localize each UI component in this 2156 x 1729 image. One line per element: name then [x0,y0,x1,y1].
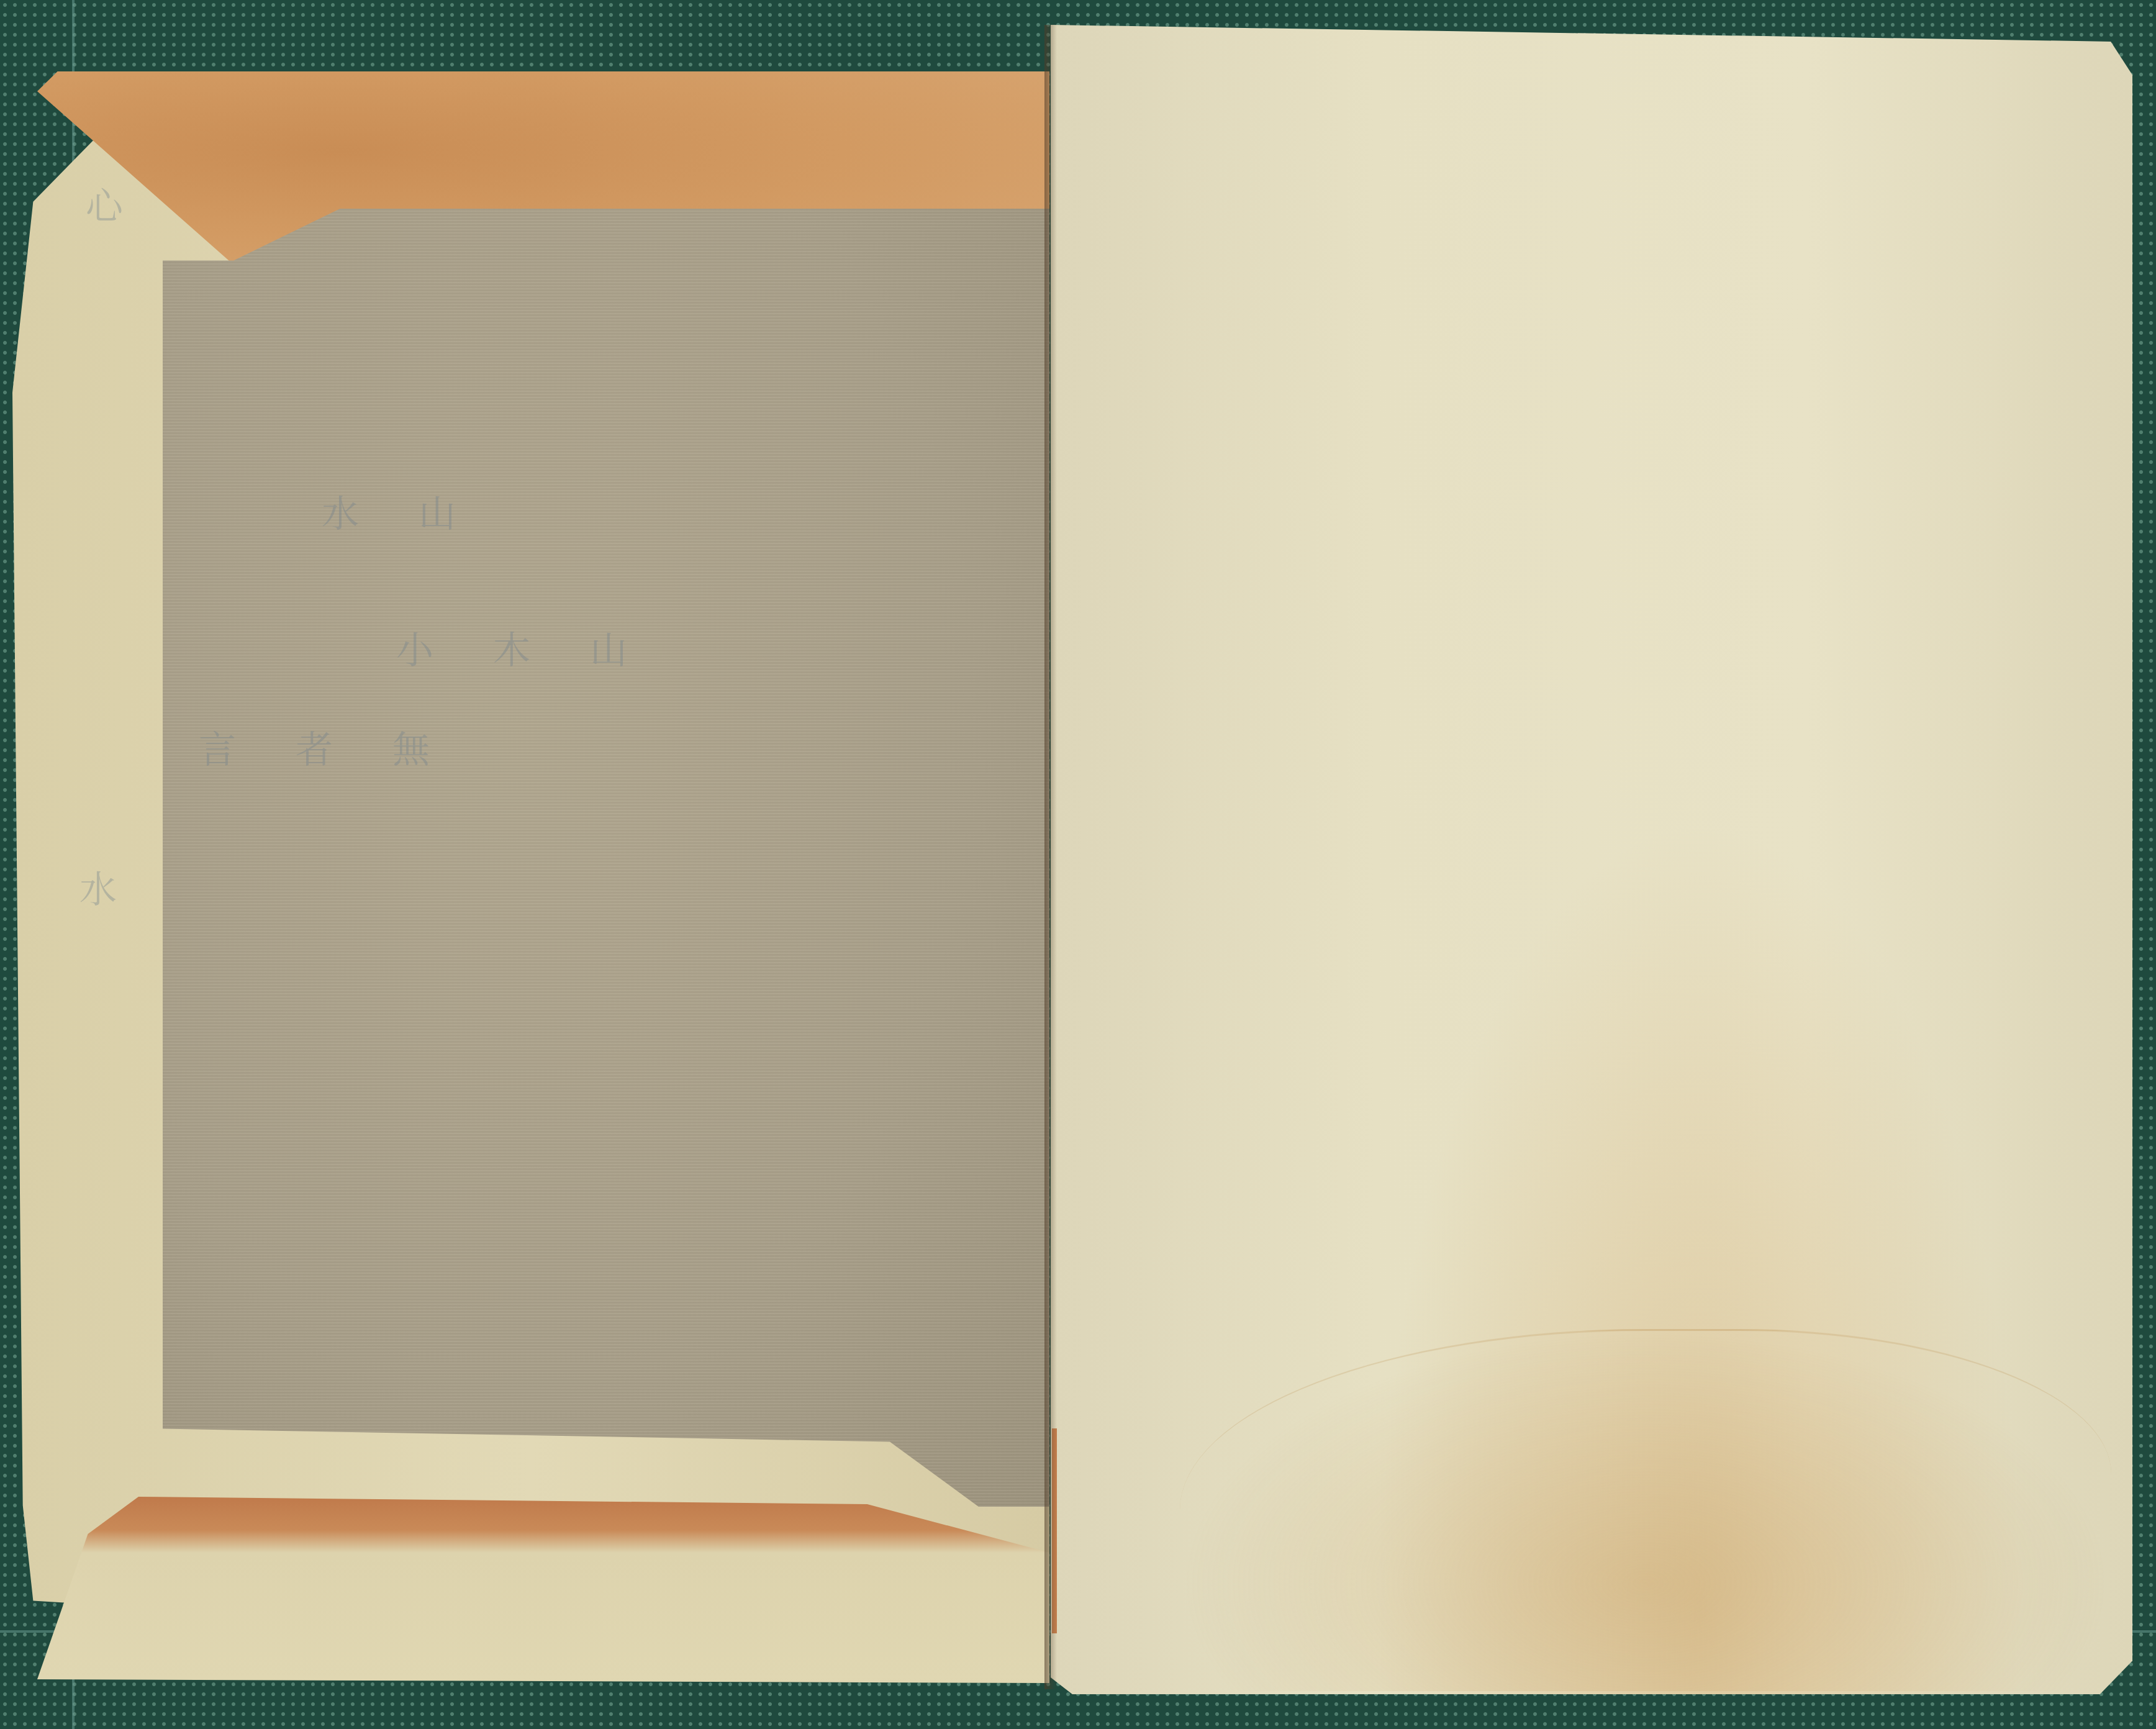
gutter-shadow [1044,25,1057,1689]
bottom-turn-in [37,1497,1049,1683]
faint-margin-writing: 心 [75,186,128,235]
show-through-writing: 水 山 [273,484,515,538]
show-through-writing: 小 木 山 [348,621,638,674]
water-stain [1180,1329,2111,1691]
show-through-writing: 言 者 無 [199,720,441,774]
faint-margin-writing: 水 [68,869,122,918]
open-book: 心 水 水 山 小 木 山 言 者 無 [0,0,2156,1729]
paste-down-sheet [163,209,1049,1507]
